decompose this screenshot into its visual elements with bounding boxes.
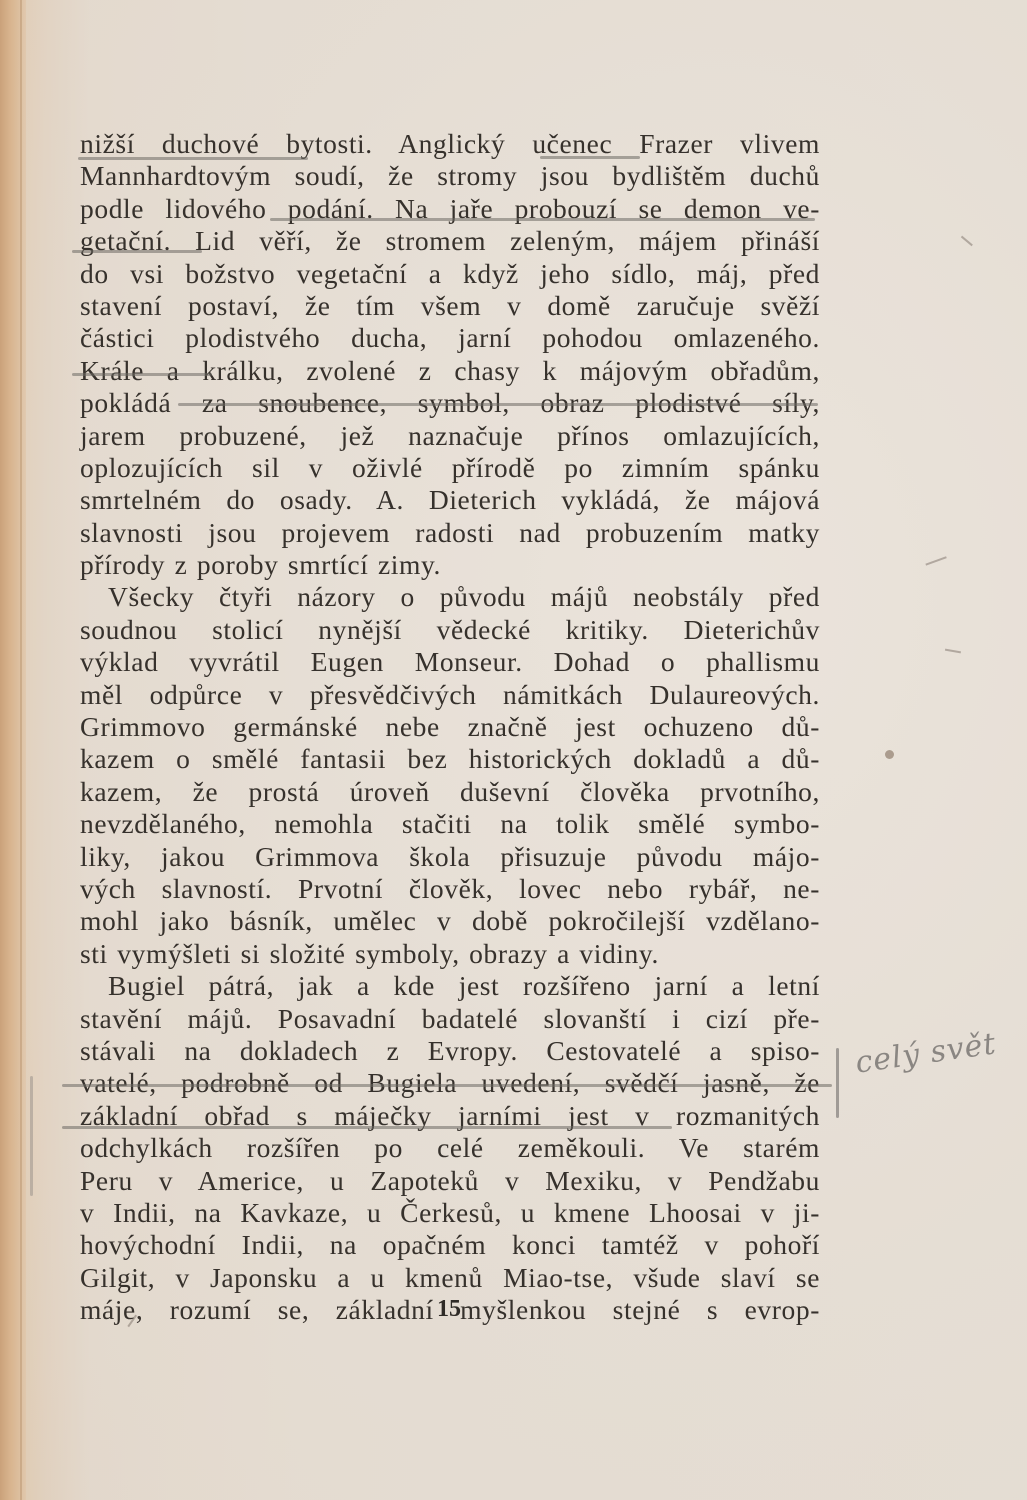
text-line: kazem, že prostá úroveň duševní člověka … <box>80 776 820 808</box>
pencil-underline <box>72 250 202 253</box>
text-line: oplozujících sil v oživlé přírodě po zim… <box>80 452 820 484</box>
text-line: stavění májů. Posavadní badatelé slovanš… <box>80 1003 820 1035</box>
text-line: mohl jako básník, umělec v době pokročil… <box>80 905 820 937</box>
text-line: nižší duchové bytosti. Anglický učenec F… <box>80 128 820 160</box>
book-page: nižší duchové bytosti. Anglický učenec F… <box>0 0 1027 1500</box>
page-fold-line <box>20 0 22 1500</box>
text-line: Grimmovo germánské nebe značně jest ochu… <box>80 711 820 743</box>
text-line: kazem o smělé fantasii bez historických … <box>80 743 820 775</box>
text-line: liky, jakou Grimmova škola přisuzuje pův… <box>80 841 820 873</box>
text-line: Mannhardtovým soudí, že stromy jsou bydl… <box>80 160 820 192</box>
text-line: částici plodistvého ducha, jarní pohodou… <box>80 322 820 354</box>
pencil-underline <box>178 403 818 406</box>
text-line: sti vymýšleti si složité symboly, obrazy… <box>80 938 820 970</box>
text-line: měl odpůrce v přesvědčivých námitkách Du… <box>80 679 820 711</box>
body-text: nižší duchové bytosti. Anglický učenec F… <box>80 128 820 1326</box>
handwritten-margin-note: celý svět <box>853 1026 998 1080</box>
text-line: stavení postaví, že tím všem v domě zaru… <box>80 290 820 322</box>
page-number: 15 <box>437 1296 461 1323</box>
paper-speck <box>885 750 894 759</box>
text-line: přírody z poroby smrtící zimy. <box>80 549 820 581</box>
text-line: do vsi božstvo vegetační a když jeho síd… <box>80 258 820 290</box>
text-line: odchylkách rozšířen po celé zeměkouli. V… <box>80 1132 820 1164</box>
text-line: stávali na dokladech z Evropy. Cestovate… <box>80 1035 820 1067</box>
pencil-underline <box>62 1126 672 1129</box>
paper-fiber <box>925 556 946 565</box>
pencil-underline <box>78 157 308 160</box>
text-line: nevzdělaného, nemohla stačiti na tolik s… <box>80 808 820 840</box>
pencil-underline <box>62 1084 832 1087</box>
text-line: hovýchodní Indii, na opačném konci tamté… <box>80 1229 820 1261</box>
text-line: soudnou stolicí nynější vědecké kritiky.… <box>80 614 820 646</box>
text-line: slavnosti jsou projevem radosti nad prob… <box>80 517 820 549</box>
pencil-margin-bracket <box>836 1048 839 1118</box>
paragraph-start-line: Bugiel pátrá, jak a kde jest rozšířeno j… <box>80 970 820 1002</box>
pencil-underline <box>540 156 640 159</box>
paragraph-start-line: Všecky čtyři názory o původu májů neobst… <box>80 581 820 613</box>
pencil-underline <box>72 373 212 376</box>
text-line: v Indii, na Kavkaze, u Čerkesů, u kmene … <box>80 1197 820 1229</box>
text-line: Krále a králku, zvolené z chasy k májový… <box>80 355 820 387</box>
text-line: Gilgit, v Japonsku a u kmenů Miao-tse, v… <box>80 1262 820 1294</box>
paper-fiber <box>961 236 973 246</box>
text-line: jarem probuzené, jež naznačuje přínos om… <box>80 420 820 452</box>
page-spine-edge <box>0 0 26 1500</box>
paper-fiber <box>945 649 961 653</box>
pencil-underline <box>270 218 815 221</box>
pencil-margin-mark-left <box>30 1076 33 1196</box>
text-line: výklad vyvrátil Eugen Monseur. Dohad o p… <box>80 646 820 678</box>
text-line: Peru v Americe, u Zapoteků v Mexiku, v P… <box>80 1165 820 1197</box>
text-line: smrtelném do osady. A. Dieterich vykládá… <box>80 484 820 516</box>
text-line: vých slavností. Prvotní člověk, lovec ne… <box>80 873 820 905</box>
